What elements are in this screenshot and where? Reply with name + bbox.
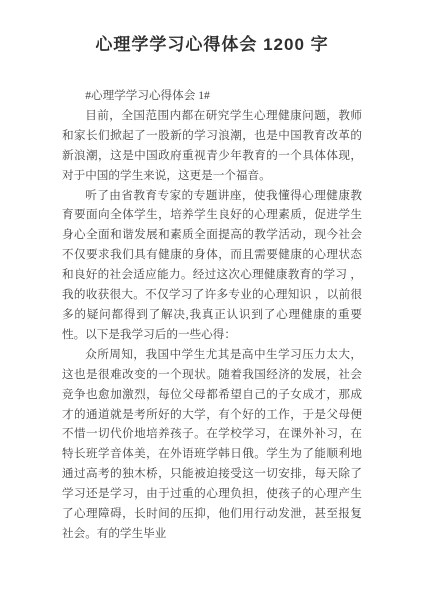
document-body: #心理学学习心得体会 1# 目前，全国范围内都在研究学生心理健康问题，教师和家长… xyxy=(62,86,362,544)
document-page: 心理学学习心得体会 1200 字 #心理学学习心得体会 1# 目前，全国范围内都… xyxy=(0,0,424,600)
section-marker: #心理学学习心得体会 1# xyxy=(62,86,362,106)
paragraph-2: 听了由省教育专家的专题讲座，使我懂得心理健康教育要面向全体学生，培养学生良好的心… xyxy=(62,186,362,345)
document-title: 心理学学习心得体会 1200 字 xyxy=(62,33,362,57)
paragraph-1: 目前，全国范围内都在研究学生心理健康问题，教师和家长们掀起了一股新的学习浪潮，也… xyxy=(62,106,362,186)
paragraph-3: 众所周知，我国中学生尤其是高中生学习压力太大，这也是很难改变的一个现状。随着我国… xyxy=(62,345,362,544)
